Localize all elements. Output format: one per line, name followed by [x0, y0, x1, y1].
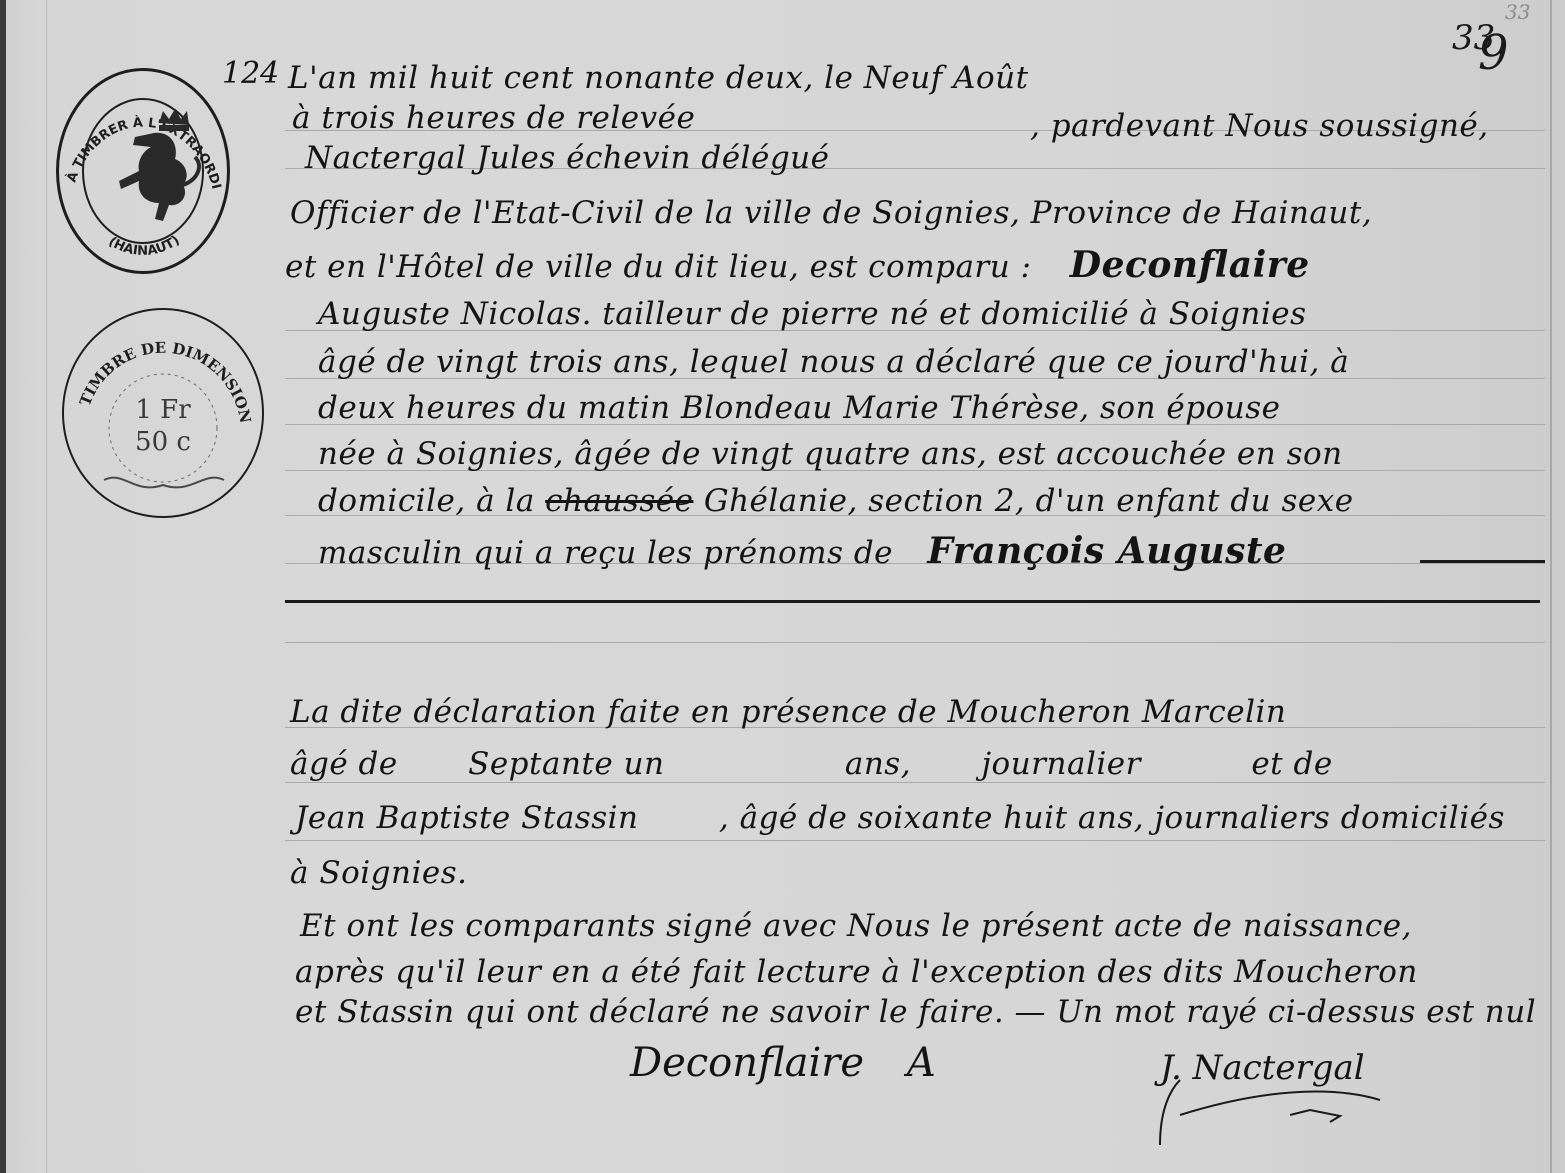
line-text: à trois heures de relevée: [292, 100, 695, 136]
margin-rule: [46, 0, 47, 1173]
declaration-line-1: La dite déclaration faite en présence de…: [290, 694, 1286, 730]
signature-flourish-icon: [1140, 1070, 1440, 1160]
line-text: à Soignies.: [290, 855, 467, 891]
record-line-5: et en l'Hôtel de ville du dit lieu, est …: [285, 244, 1310, 286]
signature-text: Deconflaire: [630, 1040, 864, 1086]
ruled-line: [285, 642, 1545, 643]
stamp-seal-icon: TIMBRE DE DIMENSION 1 Fr 50 c: [64, 310, 262, 516]
line-text: et de: [1251, 746, 1332, 782]
page-right-edge: [1550, 0, 1552, 1173]
official-name: Nactergal Jules échevin délégué: [305, 140, 829, 176]
line-text: Et ont les comparants signé avec Nous le…: [300, 908, 1412, 944]
stamp-value-centimes: 50 c: [135, 427, 191, 457]
stamp-ring-icon: À TIMBRER À L'EXTRAORDINAIRE (HAINAUT): [59, 71, 227, 271]
record-line-4: Officier de l'Etat-Civil de la ville de …: [290, 195, 1372, 231]
act-number: 124: [222, 56, 279, 91]
extraordinary-stamp: À TIMBRER À L'EXTRAORDINAIRE (HAINAUT): [56, 68, 230, 274]
record-line-2-right: , pardevant Nous soussigné,: [1030, 108, 1489, 144]
line-text: L'an mil huit cent nonante deux, le Neuf…: [288, 60, 1029, 96]
line-text: âgé de: [290, 746, 398, 782]
line-text: après qu'il leur en a été fait lecture à…: [295, 954, 1418, 990]
closing-rule: [285, 600, 1540, 603]
witness-occupation: journalier: [981, 746, 1141, 782]
witness-age: Septante un: [468, 746, 664, 782]
record-line-2: à trois heures de relevée: [292, 100, 695, 136]
child-given-names: François Auguste: [927, 530, 1286, 572]
struck-word: chaussée: [545, 483, 693, 519]
binding-edge: [0, 0, 6, 1173]
folio-number-old: 33: [1505, 0, 1530, 24]
line-text: deux heures du matin Blondeau Marie Thér…: [318, 390, 1280, 426]
record-line-8: deux heures du matin Blondeau Marie Thér…: [318, 390, 1280, 426]
fill-dash: [1420, 560, 1545, 563]
witness-name: Jean Baptiste Stassin: [295, 800, 639, 836]
declarant-signature: Deconflaire A: [630, 1040, 936, 1086]
record-line-10: domicile, à la chaussée Ghélanie, sectio…: [318, 483, 1354, 519]
line-text: âgé de vingt trois ans, lequel nous a dé…: [318, 344, 1349, 380]
stamp-value-francs: 1 Fr: [135, 395, 191, 425]
stamp-text-bottom: (HAINAUT): [106, 233, 183, 259]
record-line-6: Auguste Nicolas. tailleur de pierre né e…: [318, 296, 1307, 332]
record-line-9: née à Soignies, âgée de vingt quatre ans…: [318, 436, 1343, 472]
dimension-stamp: TIMBRE DE DIMENSION 1 Fr 50 c: [62, 308, 264, 518]
line-text: et en l'Hôtel de ville du dit lieu, est …: [285, 249, 1032, 285]
line-text: Officier de l'Etat-Civil de la ville de …: [290, 195, 1372, 231]
ribbon-icon: [104, 478, 224, 488]
declaration-line-3: Jean Baptiste Stassin , âgé de soixante …: [295, 800, 1505, 836]
line-text: ans,: [845, 746, 911, 782]
declarant-surname: Deconflaire: [1070, 244, 1310, 286]
line-text: La dite déclaration faite en présence de…: [290, 694, 1286, 730]
line-text: et Stassin qui ont déclaré ne savoir le …: [295, 994, 1536, 1030]
line-text: Auguste Nicolas. tailleur de pierre né e…: [318, 296, 1307, 332]
line-text: domicile, à la: [318, 483, 535, 519]
record-line-3: Nactergal Jules échevin délégué: [305, 140, 829, 176]
declaration-line-7: et Stassin qui ont déclaré ne savoir le …: [295, 994, 1536, 1030]
declaration-line-6: après qu'il leur en a été fait lecture à…: [295, 954, 1418, 990]
record-line-1: L'an mil huit cent nonante deux, le Neuf…: [288, 60, 1029, 96]
line-text: masculin qui a reçu les prénoms de: [318, 535, 893, 571]
record-line-7: âgé de vingt trois ans, lequel nous a dé…: [318, 344, 1349, 380]
crown-icon: [159, 109, 189, 131]
ruled-line: [285, 840, 1545, 841]
ruled-line: [285, 782, 1545, 783]
line-text: , âgé de soixante huit ans, journaliers …: [719, 800, 1505, 836]
declaration-line-5: Et ont les comparants signé avec Nous le…: [300, 908, 1412, 944]
svg-text:(HAINAUT): (HAINAUT): [106, 233, 183, 259]
line-text: Ghélanie, section 2, d'un enfant du sexe: [704, 483, 1354, 519]
record-line-11: masculin qui a reçu les prénoms de Franç…: [318, 530, 1286, 572]
document-page: 33 33 9 124 À TIMBRER À L'EXTRAORDINAIRE…: [0, 0, 1565, 1173]
line-text: , pardevant Nous soussigné,: [1030, 108, 1489, 144]
declaration-line-4: à Soignies.: [290, 855, 467, 891]
declaration-line-2: âgé de Septante un ans, journalier et de: [290, 746, 1333, 782]
line-text: née à Soignies, âgée de vingt quatre ans…: [318, 436, 1343, 472]
signature-mark: A: [907, 1040, 936, 1086]
folio-overwritten: 9: [1478, 25, 1509, 81]
